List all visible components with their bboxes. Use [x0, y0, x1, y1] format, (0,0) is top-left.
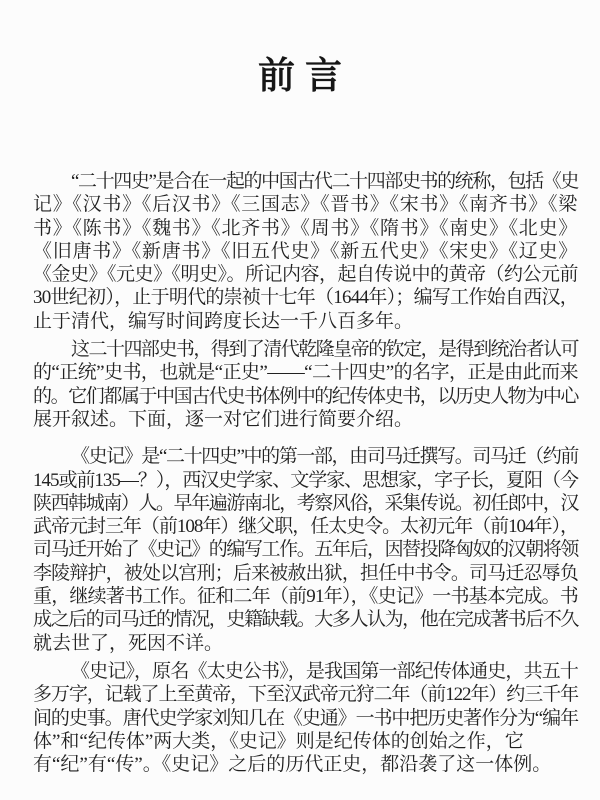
text-line: 书》《陈书》《魏书》《北齐书》《周书》《隋书》《南史》《北史》 — [33, 217, 578, 240]
document-page: 前言 “二十四史”是合在一起的中国古代二十四部史书的统称，包括《史记》《汉书》《… — [0, 0, 600, 800]
text-line: “二十四史”是合在一起的中国古代二十四部史书的统称，包括《史 — [33, 170, 578, 193]
text-line: 多万字，记载了上至黄帝，下至汉武帝元狩二年（前122年）约三千年 — [33, 683, 578, 706]
page-title: 前言 — [0, 0, 600, 100]
text-line: 的“正统”史书，也就是“正史”——“二十四史”的名字，正是由此而来 — [33, 361, 578, 384]
text-line: 陕西韩城南）人。早年遍游南北，考察风俗，采集传说。初任郎中，汉 — [33, 492, 578, 515]
text-line: 体”和“纪传体”两大类，《史记》则是纪传体的创始之作，它 — [33, 730, 578, 753]
text-line: 司马迁开始了《史记》的编写工作。五年后，因替投降匈奴的汉朝将领 — [33, 538, 578, 561]
text-line: 30世纪初），止于明代的崇祯十七年（1644年）；编写工作始自西汉， — [33, 286, 578, 309]
paragraph-2: 这二十四部史书，得到了清代乾隆皇帝的钦定，是得到统治者认可的“正统”史书，也就是… — [33, 338, 578, 431]
text-line: 这二十四部史书，得到了清代乾隆皇帝的钦定，是得到统治者认可 — [33, 338, 578, 361]
text-line: 间的史事。唐代史学家刘知几在《史通》一书中把历史著作分为“编年 — [33, 707, 578, 730]
text-line: 武帝元封三年（前108年）继父职，任太史令。太初元年（前104年）， — [33, 515, 578, 538]
text-line: 《金史》《元史》《明史》。所记内容，起自传说中的黄帝（约公元前 — [33, 263, 578, 286]
text-line: 就去世了，死因不详。 — [33, 632, 578, 655]
text-line: 145或前135—？），西汉史学家、文学家、思想家，字子长，夏阳（今 — [33, 469, 578, 492]
text-line: 展开叙述。下面，逐一对它们进行简要介绍。 — [33, 408, 578, 431]
text-line: 李陵辩护，被处以宫刑；后来被赦出狱，担任中书令。司马迁忍辱负 — [33, 562, 578, 585]
paragraph-4: 《史记》，原名《太史公书》，是我国第一部纪传体通史，共五十多万字，记载了上至黄帝… — [33, 660, 578, 776]
text-line: 《旧唐书》《新唐书》《旧五代史》《新五代史》《宋史》《辽史》 — [33, 240, 578, 263]
text-line: 《史记》是“二十四史”中的第一部，由司马迁撰写。司马迁（约前 — [33, 445, 578, 468]
text-line: 重，继续著书工作。征和二年（前91年），《史记》一书基本完成。书 — [33, 585, 578, 608]
paragraph-1: “二十四史”是合在一起的中国古代二十四部史书的统称，包括《史记》《汉书》《后汉书… — [33, 170, 578, 333]
text-line: 止于清代，编写时间跨度长达一千八百多年。 — [33, 310, 578, 333]
text-line: 有“纪”有“传”。《史记》之后的历代正史，都沿袭了这一体例。 — [33, 753, 578, 776]
paragraph-3: 《史记》是“二十四史”中的第一部，由司马迁撰写。司马迁（约前145或前135—？… — [33, 445, 578, 655]
text-line: 记》《汉书》《后汉书》《三国志》《晋书》《宋书》《南齐书》《梁 — [33, 193, 578, 216]
page-content: “二十四史”是合在一起的中国古代二十四部史书的统称，包括《史记》《汉书》《后汉书… — [0, 170, 600, 776]
text-line: 的。它们都属于中国古代史书体例中的纪传体史书，以历史人物为中心 — [33, 385, 578, 408]
text-line: 成之后的司马迁的情况，史籍缺载。大多人认为，他在完成著书后不久 — [33, 608, 578, 631]
text-line: 《史记》，原名《太史公书》，是我国第一部纪传体通史，共五十 — [33, 660, 578, 683]
